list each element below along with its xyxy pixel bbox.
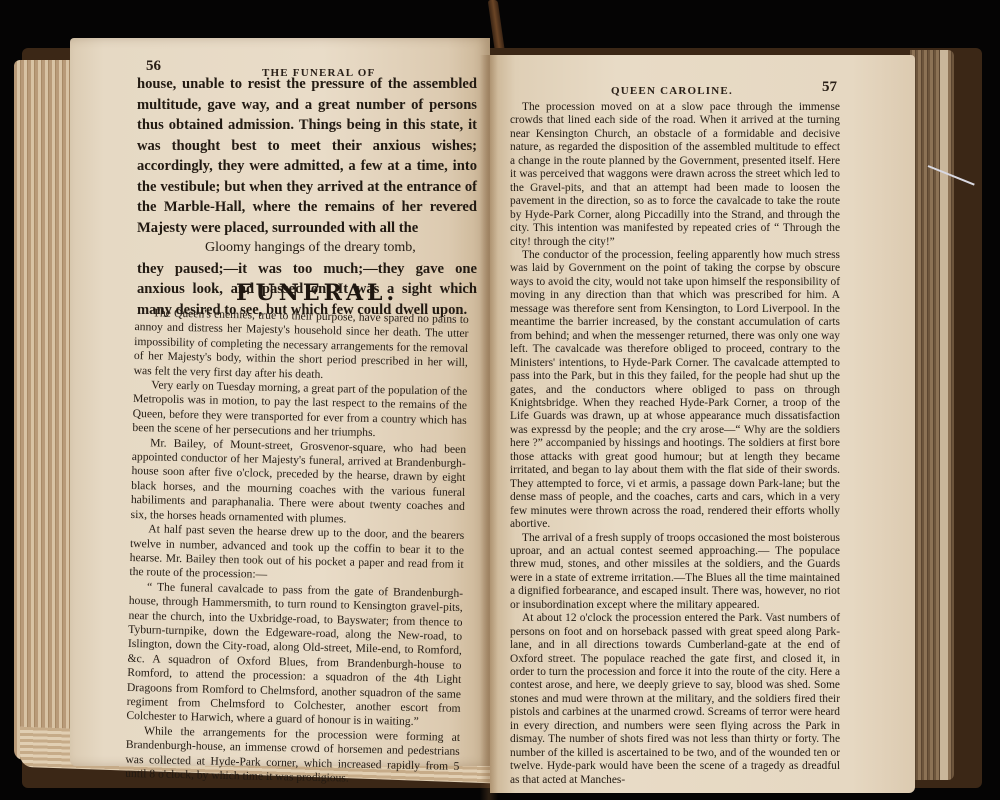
body-paragraph: The Queen's enemies, true to their purpo… [133,306,468,385]
book-gutter [480,55,498,800]
body-paragraph: At about 12 o'clock the procession enter… [510,612,840,787]
body-paragraph: Mr. Bailey, of Mount-street, Grosvenor-s… [130,436,466,529]
right-body-text: The procession moved on at a slow pace t… [510,101,840,787]
body-paragraph: Very early on Tuesday morning, a great p… [132,378,467,443]
right-page-number: 57 [822,79,837,96]
right-running-head: QUEEN CAROLINE. [611,85,733,97]
body-paragraph: At half past seven the hearse drew up to… [129,522,464,587]
left-body-text: The Queen's enemies, true to their purpo… [125,306,469,788]
right-page-edges [910,50,954,780]
body-paragraph: The conductor of the procession, feeling… [510,249,840,532]
verse-line: Gloomy hangings of the dreary tomb, [137,238,477,259]
body-paragraph: The arrival of a fresh supply of troops … [510,532,840,613]
left-page-number: 56 [146,58,161,75]
section-heading: FUNERAL. [236,280,398,306]
body-paragraph: While the arrangements for the processio… [125,724,460,789]
body-paragraph: “ The funeral cavalcade to pass from the… [126,580,463,731]
body-paragraph: The procession moved on at a slow pace t… [510,101,840,249]
opening-paragraph: house, unable to resist the pressure of … [137,74,477,238]
